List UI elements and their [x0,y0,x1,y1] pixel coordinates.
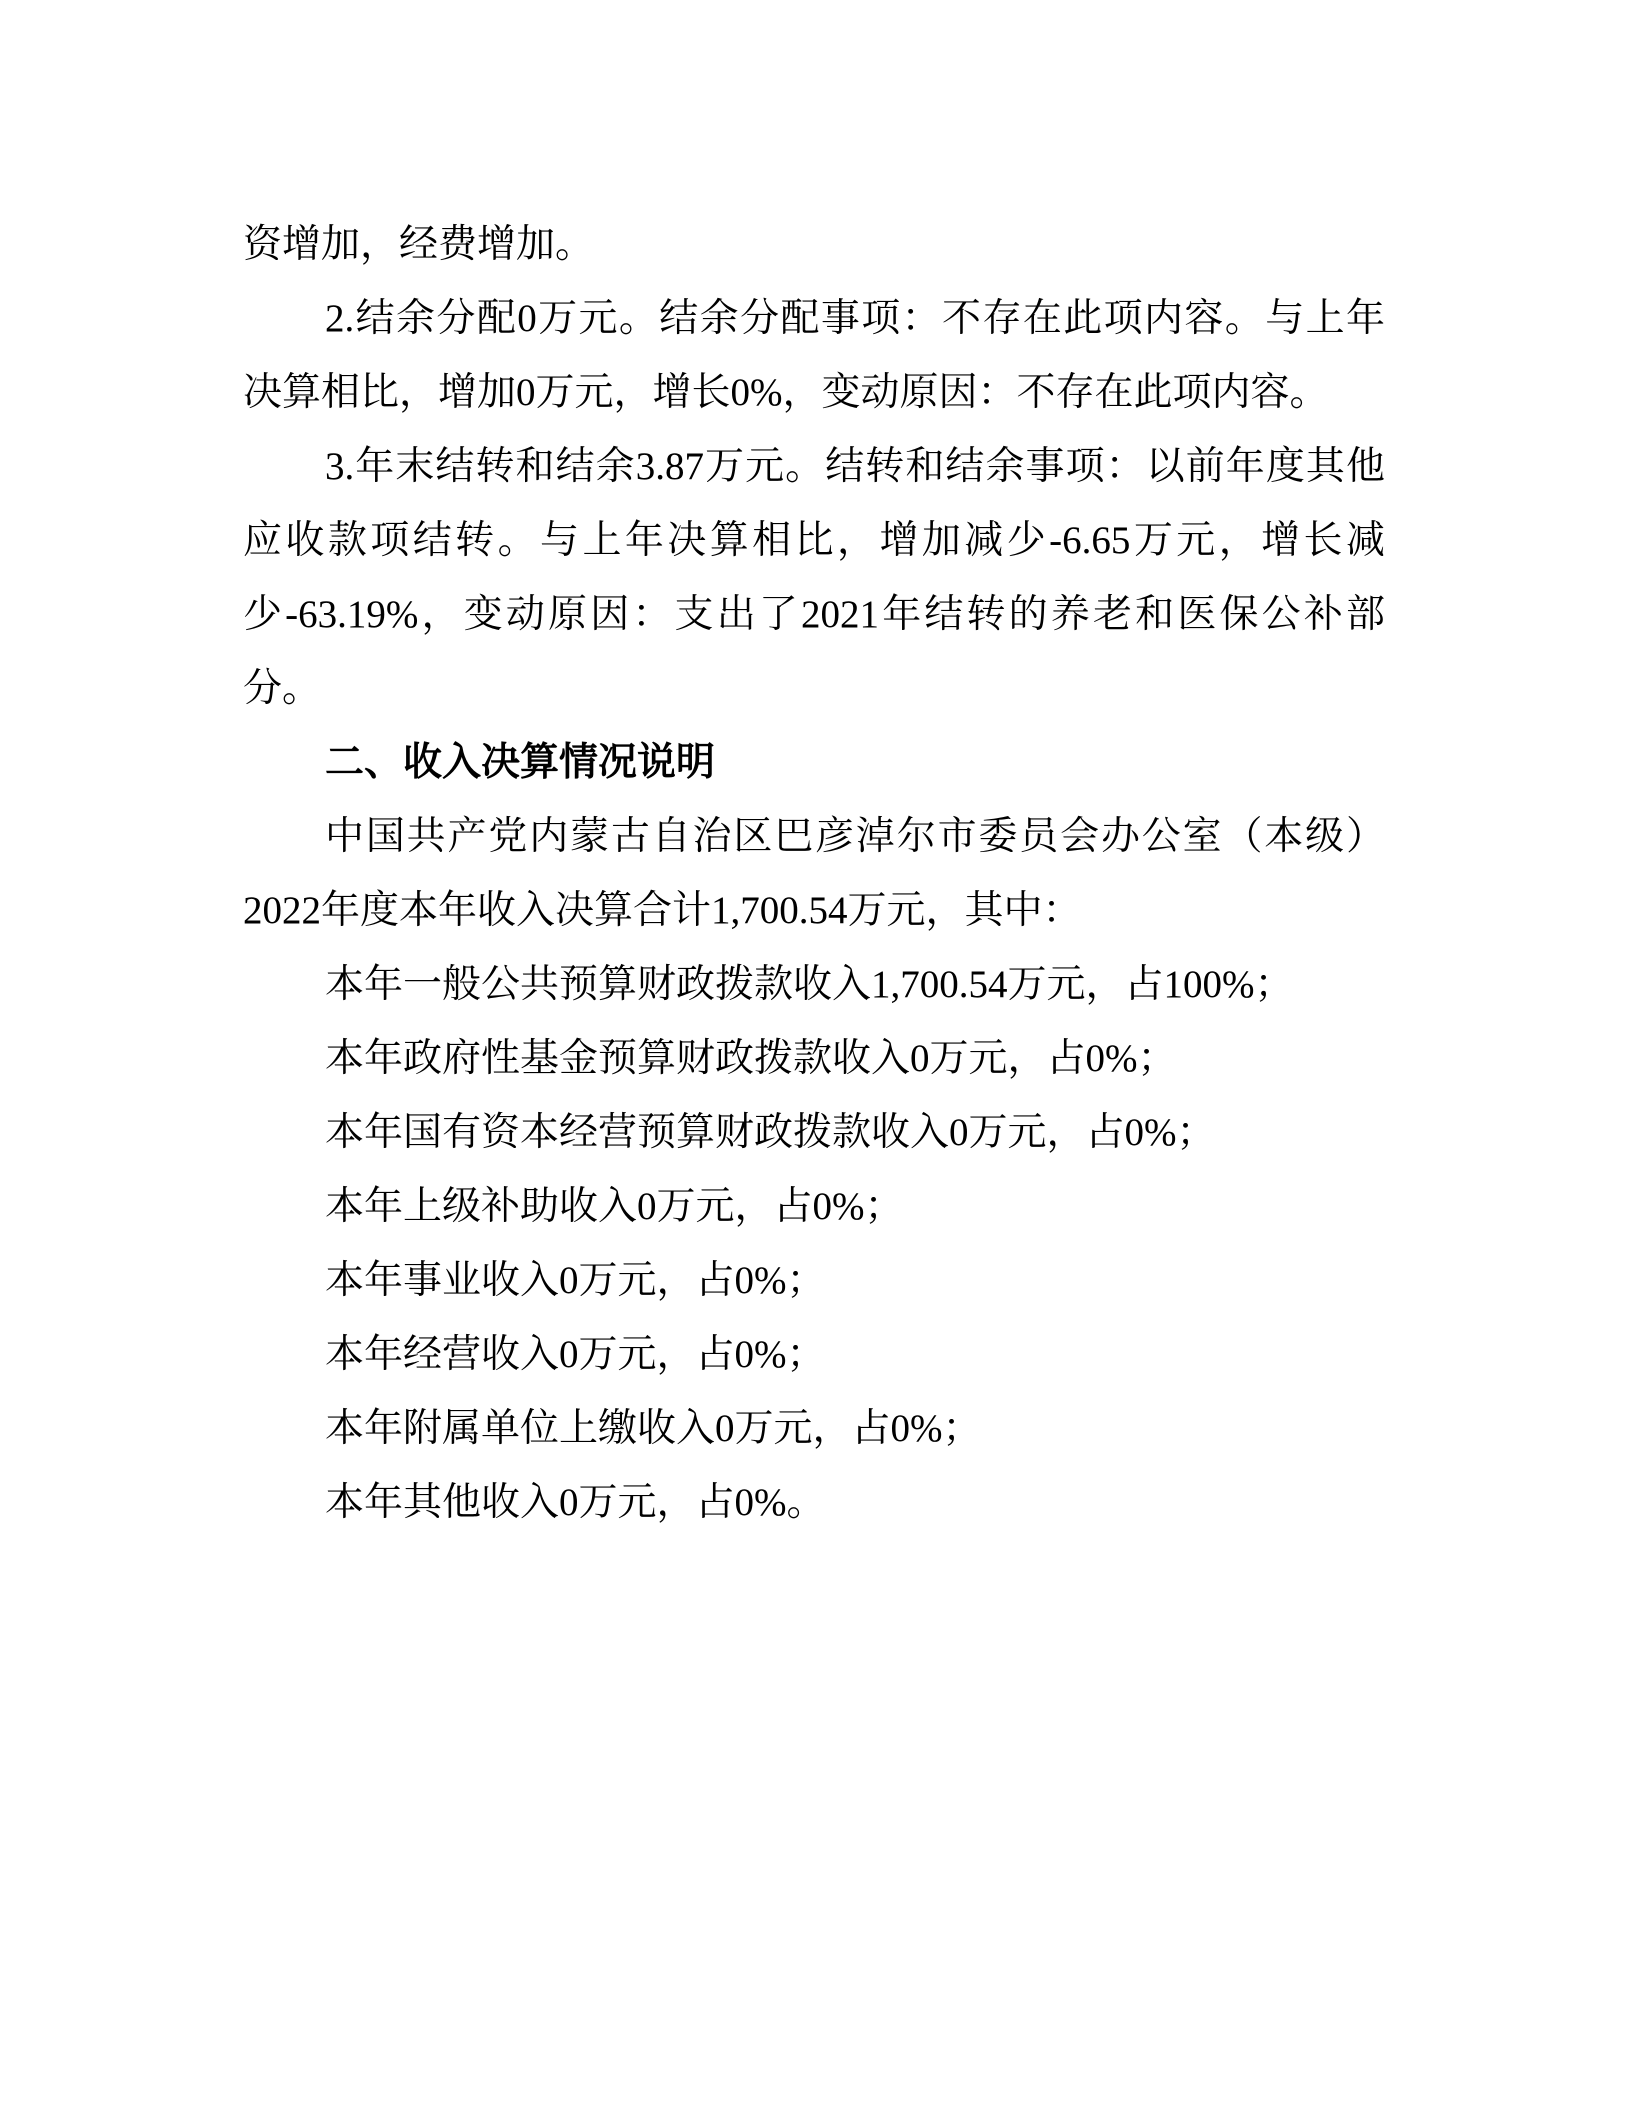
paragraph-continuation: 资增加，经费增加。 [243,208,1385,282]
income-item: 本年政府性基金预算财政拨款收入0万元，占0%； [243,1022,1385,1096]
income-item: 本年附属单位上缴收入0万元，占0%； [243,1392,1385,1466]
income-item: 本年事业收入0万元，占0%； [243,1244,1385,1318]
income-item: 本年上级补助收入0万元，占0%； [243,1170,1385,1244]
paragraph-year-end-balance: 3.年末结转和结余3.87万元。结转和结余事项：以前年度其他应收款项结转。与上年… [243,430,1385,726]
income-item: 本年经营收入0万元，占0%； [243,1318,1385,1392]
income-item: 本年其他收入0万元，占0%。 [243,1466,1385,1540]
income-item: 本年一般公共预算财政拨款收入1,700.54万元，占100%； [243,948,1385,1022]
paragraph-income-intro: 中国共产党内蒙古自治区巴彦淖尔市委员会办公室（本级）2022年度本年收入决算合计… [243,800,1385,948]
section-heading: 二、收入决算情况说明 [243,726,1385,800]
paragraph-surplus-distribution: 2.结余分配0万元。结余分配事项：不存在此项内容。与上年决算相比，增加0万元，增… [243,282,1385,430]
document-page: 资增加，经费增加。 2.结余分配0万元。结余分配事项：不存在此项内容。与上年决算… [243,208,1385,1540]
income-item: 本年国有资本经营预算财政拨款收入0万元，占0%； [243,1096,1385,1170]
